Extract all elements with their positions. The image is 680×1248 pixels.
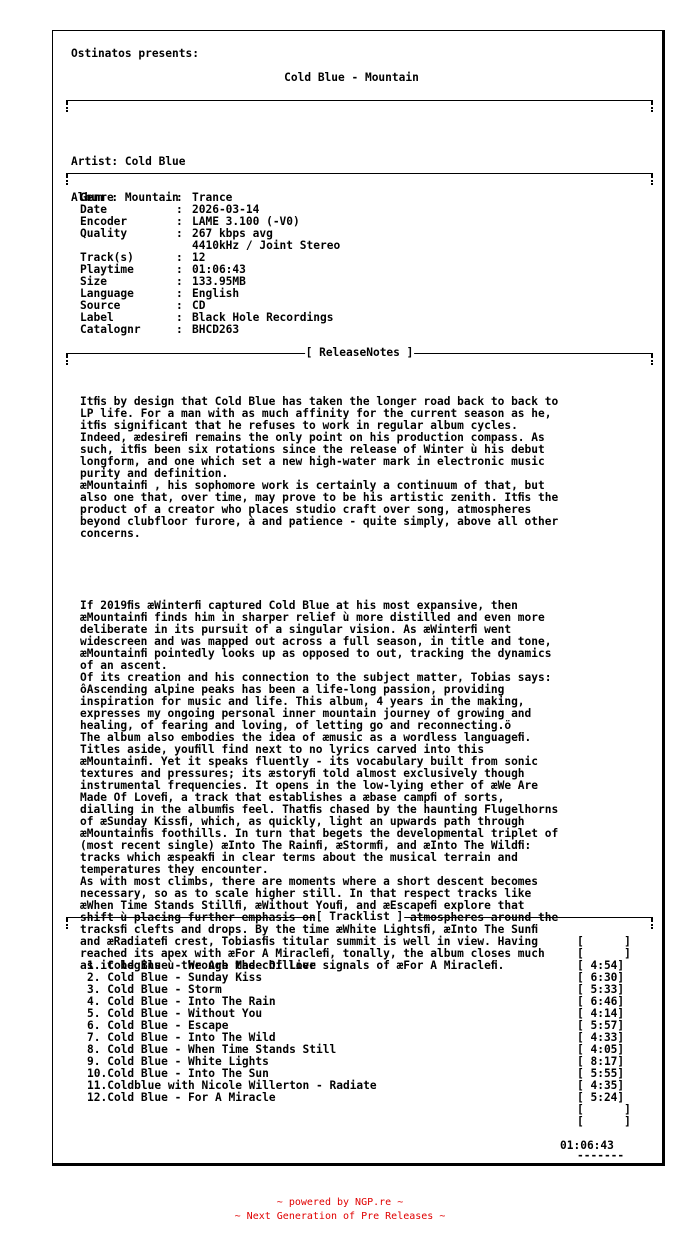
divider-dots: [651, 180, 653, 185]
release-notes-divider: [ ReleaseNotes ]: [66, 353, 653, 364]
footer-powered-by: ~ powered by NGP.re ~: [0, 1196, 680, 1210]
release-title: Cold Blue - Mountain: [0, 72, 680, 84]
divider-dots: [66, 360, 68, 365]
track-number: 12.: [87, 1091, 107, 1104]
info-value: 4410kHz / Joint Stereo: [192, 240, 340, 252]
divider-dots: [66, 107, 68, 112]
info-separator: :: [176, 324, 192, 336]
track-name: Cold Blue - For A Miracle: [107, 1091, 275, 1104]
track-row: 12.Cold Blue - For A Miracle[ 5:24]: [87, 1092, 624, 1104]
release-notes-paragraph: Itﬁs by design that Cold Blue has taken …: [80, 396, 660, 540]
info-table: Genre:TranceDate:2026-03-14Encoder:LAME …: [80, 192, 340, 336]
release-notes: Itﬁs by design that Cold Blue has taken …: [80, 372, 660, 984]
divider-dots: [66, 180, 68, 185]
section-divider: [66, 100, 653, 111]
divider-dots: [651, 107, 653, 112]
info-row: Catalognr:BHCD263: [80, 324, 340, 336]
divider-dots: [651, 360, 653, 365]
artist-label: Artist:: [71, 155, 118, 168]
info-value: BHCD263: [192, 324, 239, 336]
info-key: Quality: [80, 228, 176, 240]
divider-dots: [651, 924, 653, 929]
release-notes-heading: [ ReleaseNotes ]: [305, 347, 415, 359]
footer-tagline: ~ Next Generation of Pre Releases ~: [0, 1210, 680, 1224]
artist-value: Cold Blue: [125, 155, 186, 168]
divider-dots: [66, 924, 68, 929]
tracklist-heading: [ Tracklist ]: [315, 911, 405, 923]
empty-slot: [ ]: [577, 1116, 631, 1128]
track-title: 12.Cold Blue - For A Miracle: [87, 1092, 577, 1104]
info-key: Catalognr: [80, 324, 176, 336]
presenter-line: Ostinatos presents:: [71, 48, 199, 60]
tracklist: 1. Cold Blue - We Are Made Of Love[ 4:54…: [87, 960, 624, 1104]
tracklist-divider: [ Tracklist ]: [66, 917, 653, 928]
total-underline: -------: [577, 1150, 624, 1162]
section-divider: [66, 173, 653, 184]
